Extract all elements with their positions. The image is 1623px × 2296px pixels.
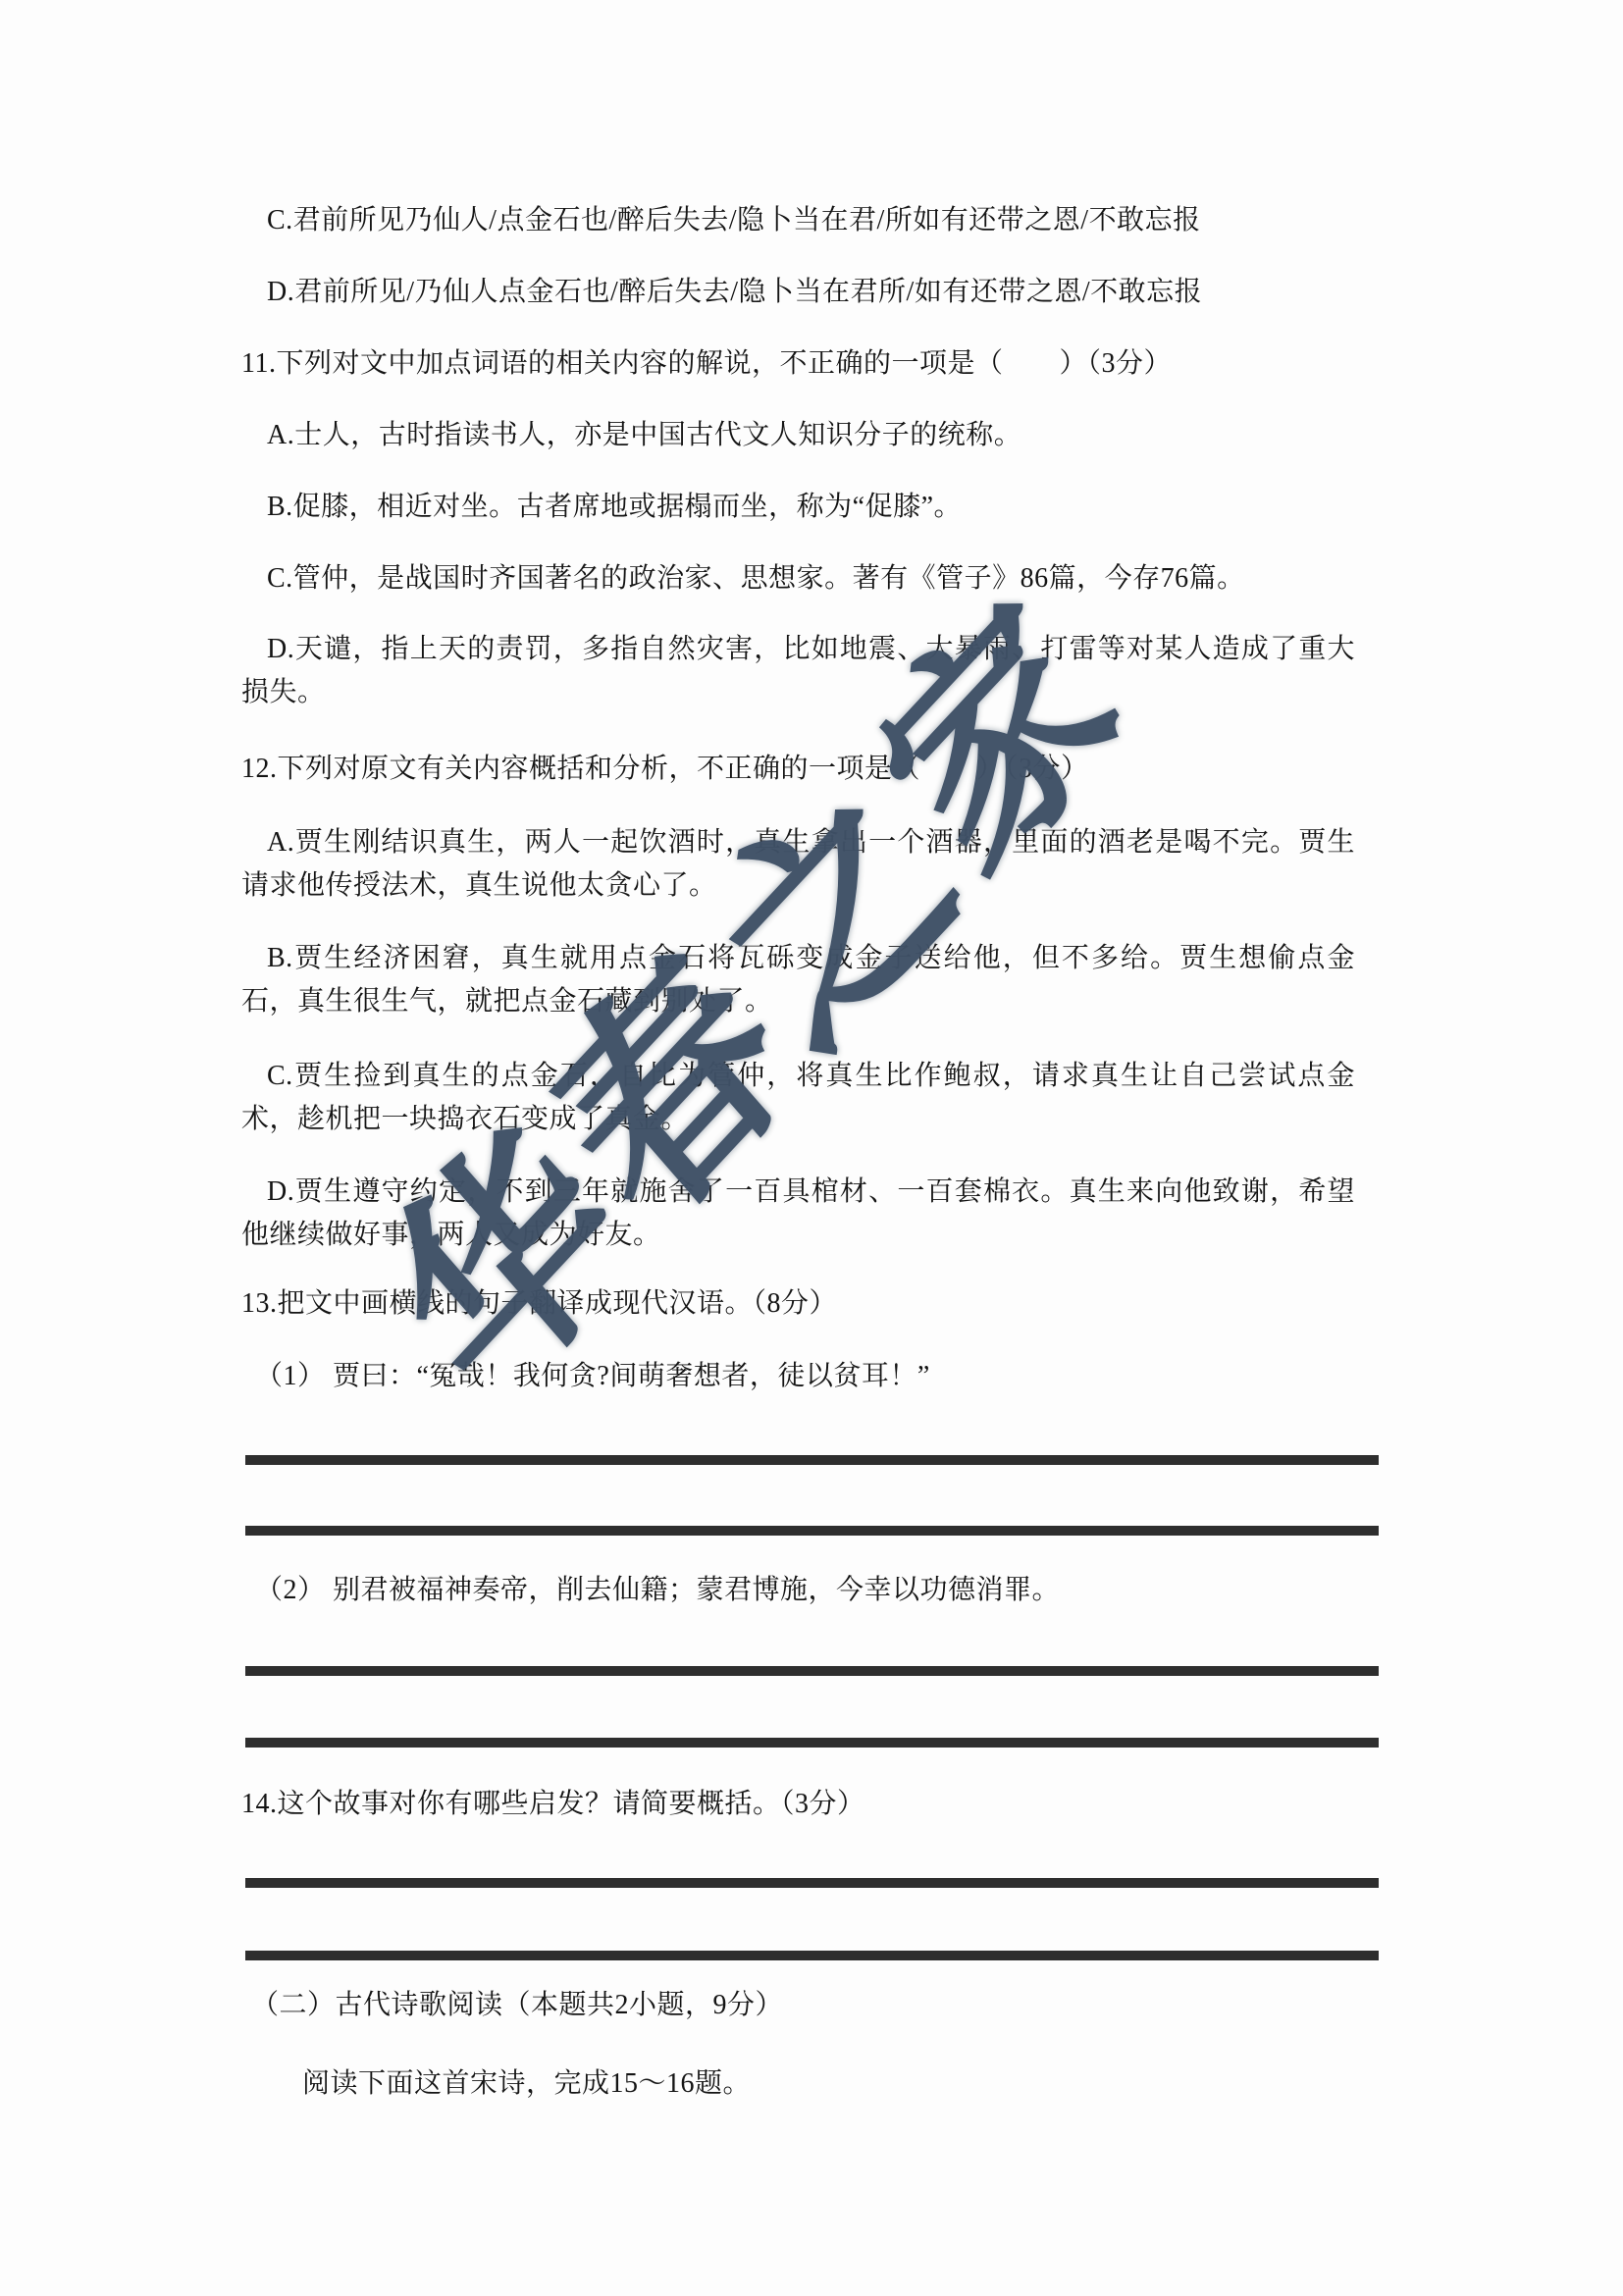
- answer-line: [245, 1526, 1379, 1536]
- q13-part1: （1） 贾曰：“冤哉！我何贪?间萌奢想者，徒以贫耳！”: [241, 1355, 1355, 1398]
- q10-option-d: D.君前所见/乃仙人点金石也/醉后失去/隐卜当在君所/如有还带之恩/不敢忘报: [241, 271, 1355, 314]
- exam-page: C.君前所见乃仙人/点金石也/醉后失去/隐卜当在君/所如有还带之恩/不敢忘报 D…: [0, 0, 1623, 2296]
- q12-option-b: B.贾生经济困窘，真生就用点金石将瓦砾变成金子送给他，但不多给。贾生想偷点金石，…: [241, 937, 1355, 1023]
- q11-stem: 11.下列对文中加点词语的相关内容的解说，不正确的一项是（ ）（3分）: [241, 342, 1355, 386]
- q11-option-d: D.天谴，指上天的责罚，多指自然灾害，比如地震、大暴雨、打雷等对某人造成了重大损…: [241, 628, 1355, 714]
- q12-option-d: D.贾生遵守约定，不到三年就施舍了一百具棺材、一百套棉衣。真生来向他致谢，希望他…: [241, 1171, 1355, 1257]
- answer-line: [245, 1455, 1379, 1465]
- answer-line: [245, 1738, 1379, 1748]
- q14-stem: 14.这个故事对你有哪些启发？请简要概括。（3分）: [241, 1783, 1355, 1826]
- section2-header: （二）古代诗歌阅读（本题共2小题，9分）: [241, 1984, 1355, 2027]
- answer-line: [245, 1951, 1379, 1960]
- answer-line: [245, 1878, 1379, 1888]
- q11-option-c: C.管仲，是战国时齐国著名的政治家、思想家。著有《管子》86篇，今存76篇。: [241, 557, 1355, 600]
- q10-option-c: C.君前所见乃仙人/点金石也/醉后失去/隐卜当在君/所如有还带之恩/不敢忘报: [241, 199, 1355, 242]
- answer-line: [245, 1666, 1379, 1676]
- q13-stem: 13.把文中画横线的句子翻译成现代汉语。（8分）: [241, 1282, 1355, 1326]
- q11-option-a: A.士人，古时指读书人，亦是中国古代文人知识分子的统称。: [241, 414, 1355, 457]
- q12-option-c: C.贾生捡到真生的点金石，自比为管仲，将真生比作鲍叔，请求真生让自己尝试点金术，…: [241, 1055, 1355, 1141]
- section2-intro: 阅读下面这首宋诗，完成15～16题。: [241, 2062, 1355, 2106]
- q11-option-b: B.促膝，相近对坐。古者席地或据榻而坐，称为“促膝”。: [241, 486, 1355, 529]
- q13-part2: （2） 别君被福神奏帝，削去仙籍；蒙君博施，今幸以功德消罪。: [241, 1569, 1355, 1612]
- q12-stem: 12.下列对原文有关内容概括和分析，不正确的一项是（ ）（3分）: [241, 748, 1355, 791]
- q12-option-a: A.贾生刚结识真生，两人一起饮酒时，真生拿出一个酒器，里面的酒老是喝不完。贾生请…: [241, 821, 1355, 908]
